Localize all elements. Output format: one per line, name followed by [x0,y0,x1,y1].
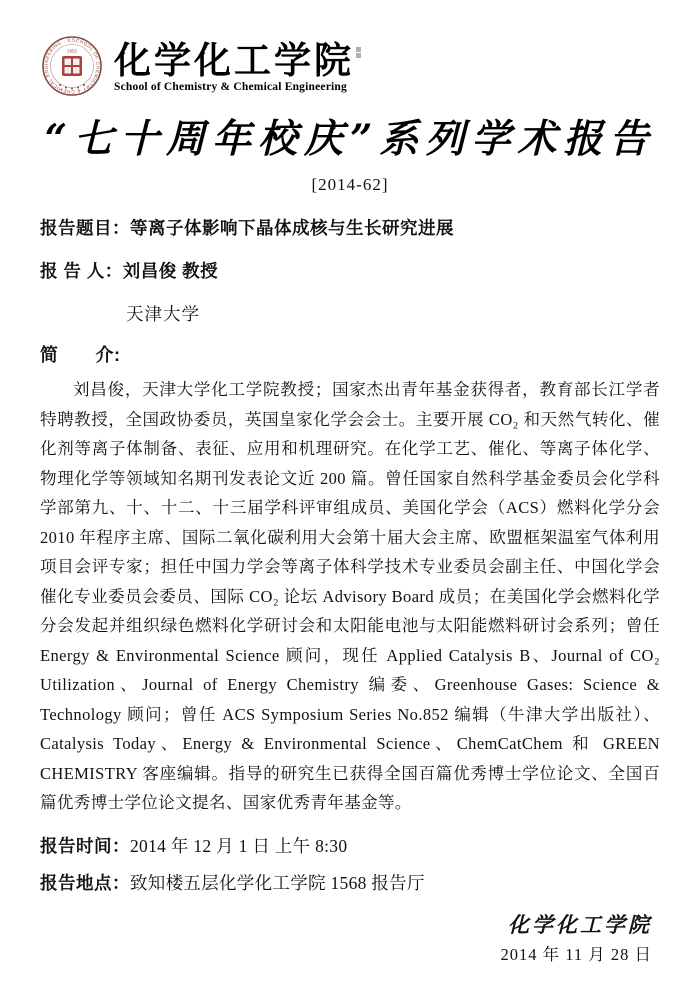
topic-label: 报告题目： [40,218,130,238]
school-seal-icon: SCHOOL OF CHEMISTRY & CHEMICAL ENGINEERI… [40,34,104,98]
location-label: 报告地点： [40,873,130,893]
school-name-zh-text: 化学化工学院 [114,38,354,82]
footer-signature: 化学化工学院 [40,910,652,940]
location-line: 报告地点：致知楼五层化学化工学院 1568 报告厅 [40,865,660,902]
location-value: 致知楼五层化学化工学院 1568 报告厅 [130,873,425,893]
meta-block: 报告题目：等离子体影响下晶体成核与生长研究进展 报 告 人：刘昌俊 教授 天津大… [40,215,660,367]
topic-line: 报告题目：等离子体影响下晶体成核与生长研究进展 [40,215,660,241]
school-seal-logo: SCHOOL OF CHEMISTRY & CHEMICAL ENGINEERI… [40,34,104,98]
svg-text:1952: 1952 [67,49,78,54]
header-text: 化学化工学院 School of Chemistry & Chemical En… [114,40,361,93]
speaker-line: 报 告 人：刘昌俊 教授 [40,258,660,284]
footer-date: 2014 年 11 月 28 日 [40,940,652,970]
header-seal-mark-icon [356,46,361,59]
introduction-label: 简 介: [40,341,660,367]
page-title: “七十周年校庆”系列学术报告 [40,114,660,164]
topic-value: 等离子体影响下晶体成核与生长研究进展 [130,218,454,238]
school-name-en: School of Chemistry & Chemical Engineeri… [114,81,361,93]
speaker-label: 报 告 人： [40,261,123,281]
speaker-affiliation: 天津大学 [40,301,660,326]
schedule-block: 报告时间：2014 年 12 月 1 日 上午 8:30 报告地点：致知楼五层化… [40,828,660,902]
footer: 化学化工学院 2014 年 11 月 28 日 [40,910,660,970]
speaker-value: 刘昌俊 教授 [123,261,218,281]
time-line: 报告时间：2014 年 12 月 1 日 上午 8:30 [40,828,660,865]
seminar-announcement-page: SCHOOL OF CHEMISTRY & CHEMICAL ENGINEERI… [0,0,700,989]
header: SCHOOL OF CHEMISTRY & CHEMICAL ENGINEERI… [40,34,660,98]
school-name-zh: 化学化工学院 [114,40,361,80]
introduction-paragraph: 刘昌俊，天津大学化工学院教授；国家杰出青年基金获得者，教育部长江学者特聘教授，全… [40,375,660,818]
issue-number: [2014-62] [40,175,660,195]
time-value: 2014 年 12 月 1 日 上午 8:30 [130,836,347,856]
time-label: 报告时间： [40,836,130,856]
